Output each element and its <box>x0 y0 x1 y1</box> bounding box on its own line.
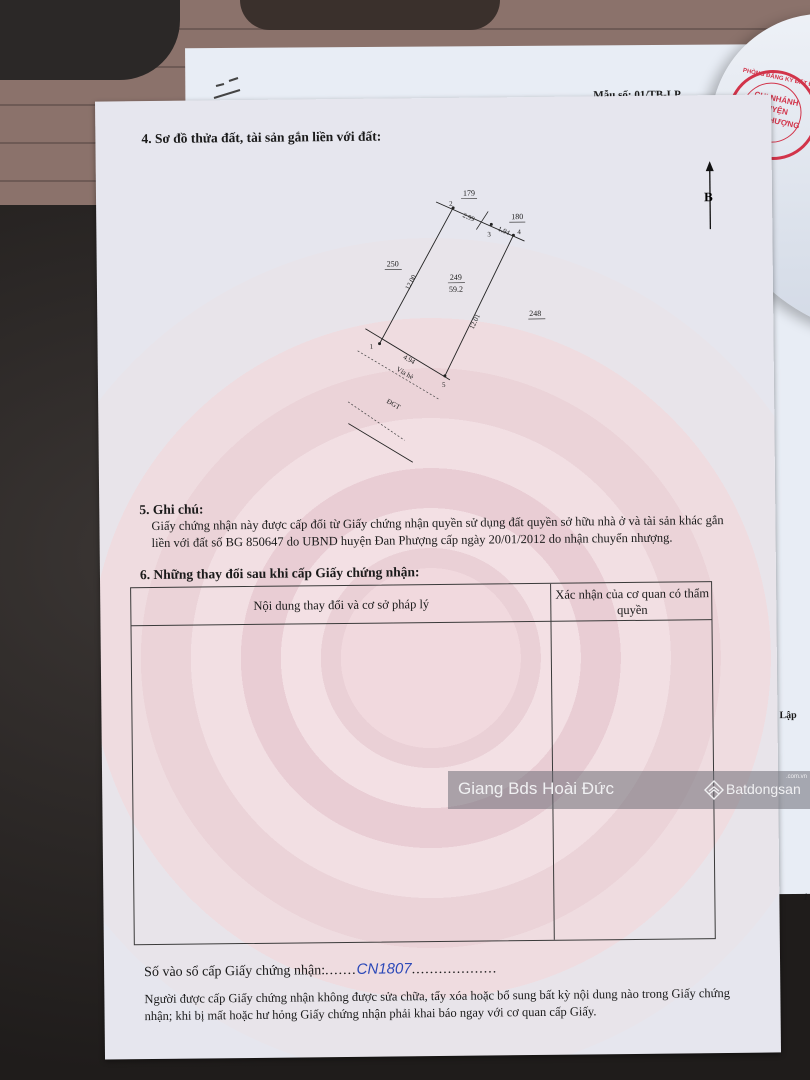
section5: 5. Ghi chú: Giấy chứng nhận này được cấp… <box>139 495 740 552</box>
registry-label: Số vào sổ cấp Giấy chứng nhận: <box>144 963 325 980</box>
background-cloth <box>0 0 180 80</box>
neighbor-top: 179 <box>463 189 475 198</box>
background-shoe <box>240 0 500 30</box>
north-label: B <box>704 189 713 204</box>
registry-number-line: Số vào sổ cấp Giấy chứng nhận:.......CN1… <box>144 959 497 981</box>
watermark-agent-name: Giang Bds Hoài Đức <box>458 779 614 799</box>
sidewalk-label: Vỉa hè <box>395 365 415 381</box>
side-fragment: 1 <box>803 892 808 903</box>
edge-length: 4.94 <box>402 353 417 366</box>
table-column-divider <box>131 584 555 944</box>
edge-length: 1.94 <box>497 225 512 237</box>
parcel-number: 249 <box>450 273 462 282</box>
watermark-domain: .com.vn <box>786 774 807 780</box>
registry-number-handwritten: CN1807 <box>357 960 412 978</box>
edge-length: 12.01 <box>468 312 482 330</box>
point-label: 2 <box>449 200 453 208</box>
watermark-brand: Batdongsan <box>726 781 801 797</box>
point-label: 5 <box>442 381 446 389</box>
changes-table: Nội dung thay đổi và cơ sở pháp lý Xác n… <box>130 581 716 945</box>
batdongsan-logo-icon <box>704 780 724 800</box>
point-label: 4 <box>517 228 521 236</box>
certificate-page: 4. Sơ đồ thửa đất, tài sản gắn liền với … <box>95 94 781 1059</box>
section5-text: Giấy chứng nhận này được cấp đổi từ Giấy… <box>139 512 739 552</box>
pen-marks <box>212 60 252 100</box>
north-arrow-icon: B <box>700 161 721 231</box>
parcel-sketch: 179 180 250 248 249 59.2 2 3 4 1 5 2.99 … <box>346 179 569 471</box>
point-label: 1 <box>370 343 374 351</box>
watermark-banner: Giang Bds Hoài Đức Batdongsan .com.vn <box>448 771 810 809</box>
neighbor-top-right: 180 <box>511 212 523 221</box>
parcel-area: 59.2 <box>449 285 463 294</box>
table-header-authority: Xác nhận của cơ quan có thẩm quyền <box>551 585 713 619</box>
neighbor-right: 248 <box>529 309 541 318</box>
section6-title: 6. Những thay đổi sau khi cấp Giấy chứng… <box>140 564 420 583</box>
footer-note: Người được cấp Giấy chứng nhận không đượ… <box>144 985 744 1025</box>
section4-title: 4. Sơ đồ thửa đất, tài sản gắn liền với … <box>141 129 381 148</box>
point-label: 3 <box>487 230 491 238</box>
edge-length: 2.99 <box>461 211 476 223</box>
neighbor-left: 250 <box>387 259 399 268</box>
road-label: ĐGT <box>385 397 402 411</box>
